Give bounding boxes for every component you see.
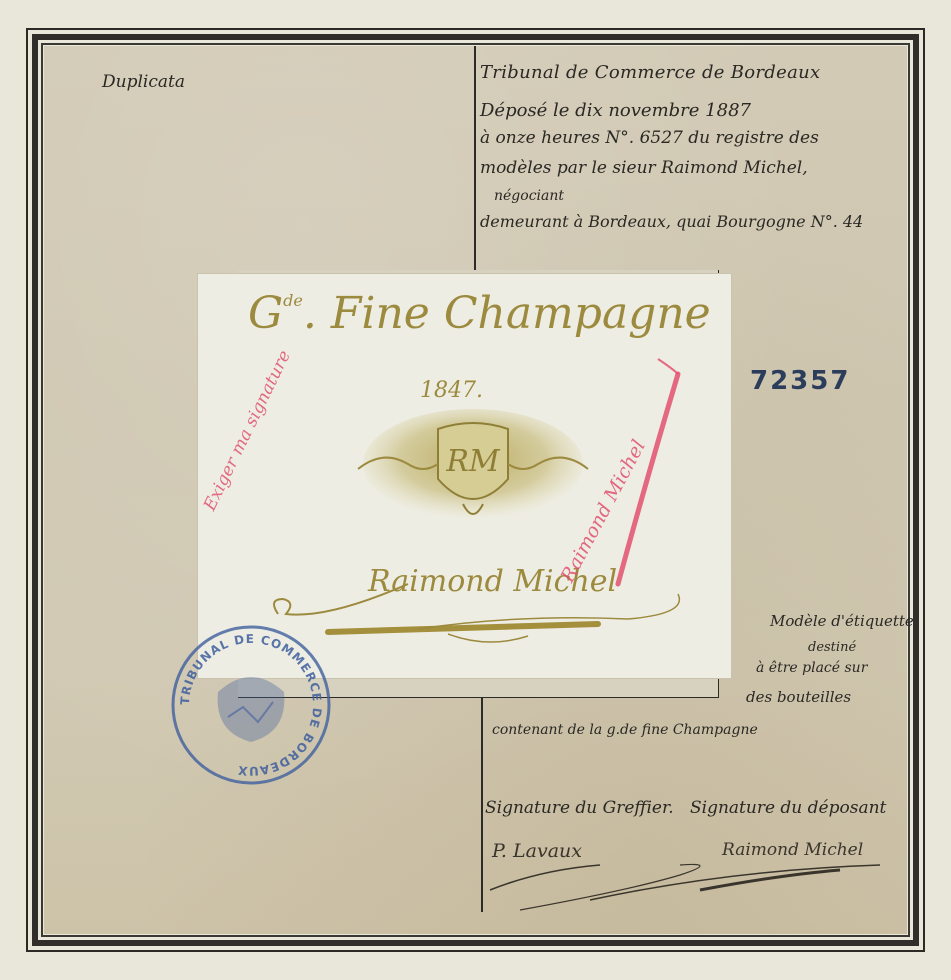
address-line: demeurant à Bordeaux, quai Bourgogne N°.… [480, 212, 863, 231]
note-line-2: destiné [808, 640, 856, 655]
label-title: Gde. Fine Champagne [248, 288, 711, 339]
label-title-main: Fine Champagne [331, 288, 711, 339]
note-line-5: contenant de la g.de fine Champagne [492, 722, 758, 738]
crest-monogram-icon: RM [338, 409, 608, 529]
court-seal-stamp-icon: TRIBUNAL DE COMMERCE DE BORDEAUX [168, 622, 334, 788]
label-year: 1847. [420, 378, 483, 403]
occupation: négociant [494, 188, 564, 204]
note-line-1: Modèle d'étiquette [770, 612, 914, 630]
duplicate-mark: Duplicata [102, 72, 185, 92]
deposit-date: Déposé le dix novembre 1887 [480, 100, 751, 121]
note-line-3: à être placé sur [756, 660, 867, 676]
court-name: Tribunal de Commerce de Bordeaux [480, 62, 820, 83]
depositor-line: modèles par le sieur Raimond Michel, [480, 158, 808, 178]
signature-flourish-strokes-icon [480, 850, 900, 920]
note-line-4: des bouteilles [746, 688, 851, 706]
depositor-signature-label: Signature du déposant [690, 798, 886, 818]
header-divider-vertical [474, 46, 476, 270]
register-line: à onze heures N°. 6527 du registre des [480, 128, 819, 148]
champagne-label: Gde. Fine Champagne 1847. RM Raimond Mic… [198, 274, 731, 678]
svg-text:RM: RM [445, 444, 501, 479]
red-annotation-left: Exiger ma signature [200, 347, 295, 514]
registration-number: 72357 [750, 366, 850, 396]
greffier-signature-label: Signature du Greffier. [485, 798, 674, 818]
label-title-prefix: G [248, 288, 283, 339]
label-title-superscript: de [283, 291, 303, 310]
